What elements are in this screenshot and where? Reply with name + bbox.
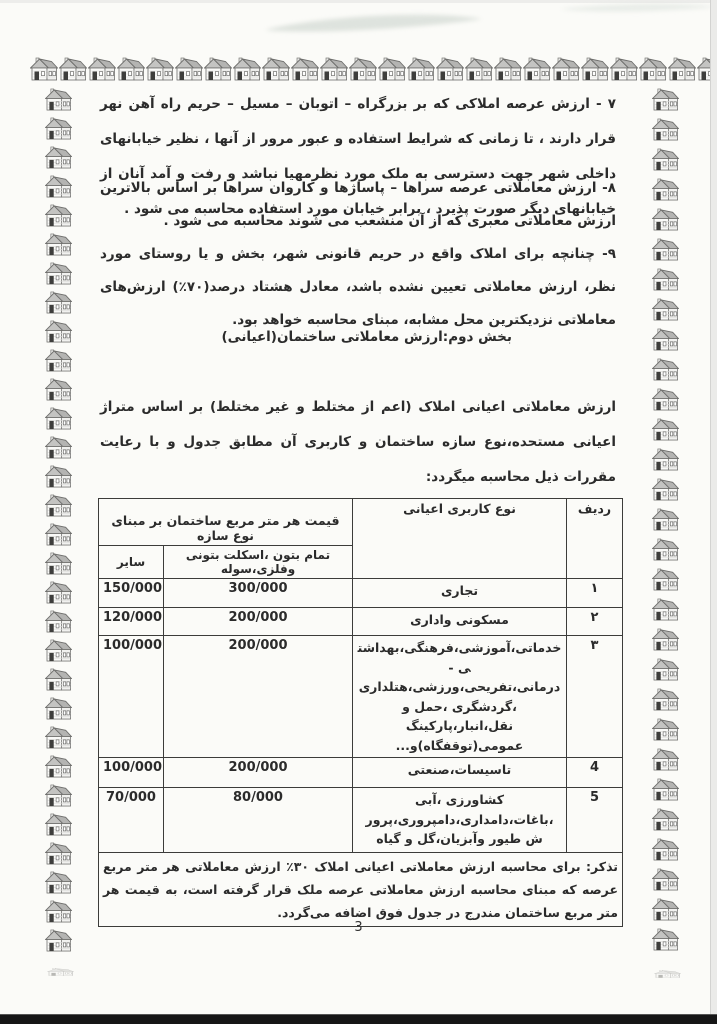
scanned-page: ۷ - ارزش عرصه املاکی که بر بزرگراه – اتو…: [0, 0, 717, 1024]
usage-cell: خدماتی،آموزشی،فرهنگی،بهداشتی - درمانی،تف…: [353, 636, 567, 758]
house-icon: [652, 88, 679, 111]
table-header-row: ردیف نوع کاربری اعیانی قیمت هر متر مربع …: [99, 499, 623, 546]
house-icon: [652, 208, 679, 231]
other-price-cell: 120/000: [99, 608, 164, 636]
house-icon: [652, 598, 679, 621]
house-icon: [652, 148, 679, 171]
house-icon: [581, 57, 609, 81]
house-icon: [45, 726, 72, 749]
table-note-row: تذکر: برای محاسبه ارزش معاملاتی اعیانی ا…: [99, 853, 623, 927]
house-icon: [652, 868, 679, 891]
house-icon: [45, 552, 72, 575]
house-icon: [59, 57, 87, 81]
house-icon: [291, 57, 319, 81]
house-icon: [45, 88, 72, 111]
table-note: تذکر: برای محاسبه ارزش معاملاتی اعیانی ا…: [99, 853, 623, 927]
house-icon: [45, 204, 72, 227]
house-icon: [652, 388, 679, 411]
house-icon: [45, 407, 72, 430]
house-icon: [146, 57, 174, 81]
row-number: ۱: [567, 579, 623, 608]
house-border-left: [45, 88, 72, 952]
house-icon: [45, 146, 72, 169]
house-icon: [45, 436, 72, 459]
ink-bleed-smudge: [0, 0, 717, 50]
house-icon: [45, 697, 72, 720]
house-icon: [652, 478, 679, 501]
scan-bottom-edge: [0, 1014, 717, 1024]
house-icon: [652, 778, 679, 801]
house-icon: [652, 268, 679, 291]
house-icon: [30, 57, 58, 81]
house-icon: [45, 378, 72, 401]
house-icon: [652, 418, 679, 441]
valuation-table: ردیف نوع کاربری اعیانی قیمت هر متر مربع …: [98, 498, 623, 927]
house-icon: [652, 628, 679, 651]
house-icon: [652, 178, 679, 201]
house-icon: [45, 871, 72, 894]
house-icon: [117, 57, 145, 81]
house-icon: [652, 358, 679, 381]
header-price-group: قیمت هر متر مربع ساختمان بر مبنای نوع سا…: [99, 499, 353, 546]
house-icon: [45, 465, 72, 488]
table-row: 5 کشاورزی ،آبی ،باغات،دامداری،دامپروری،پ…: [99, 788, 623, 853]
scan-top-edge: [0, 0, 717, 3]
house-icon: [45, 117, 72, 140]
concrete-price-cell: 200/000: [164, 758, 353, 788]
house-icon: [45, 813, 72, 836]
usage-cell: کشاورزی ،آبی ،باغات،دامداری،دامپروری،پرو…: [353, 788, 567, 853]
house-icon: [45, 262, 72, 285]
house-icon: [436, 57, 464, 81]
house-icon-faded: [47, 968, 74, 976]
house-icon: [465, 57, 493, 81]
house-icon: [45, 755, 72, 778]
house-icon: [320, 57, 348, 81]
house-icon: [654, 970, 681, 978]
house-icon: [47, 968, 74, 976]
house-icon: [652, 298, 679, 321]
paragraph-8: ۸- ارزش معاملاتی عرصه سراها – پاساژها و …: [100, 172, 616, 238]
page-number: 3: [0, 920, 717, 935]
section-heading: بخش دوم:ارزش معاملاتی ساختمان(اعیانی): [221, 322, 512, 352]
house-icon: [552, 57, 580, 81]
concrete-price-cell: 300/000: [164, 579, 353, 608]
house-icon: [652, 508, 679, 531]
house-icon: [45, 581, 72, 604]
house-icon: [45, 494, 72, 517]
house-icon: [378, 57, 406, 81]
house-icon: [652, 838, 679, 861]
house-icon: [652, 538, 679, 561]
house-icon: [652, 898, 679, 921]
house-icon: [652, 718, 679, 741]
house-icon: [652, 448, 679, 471]
house-icon: [204, 57, 232, 81]
house-icon-faded: [654, 970, 681, 978]
house-icon: [652, 808, 679, 831]
house-icon: [652, 658, 679, 681]
house-icon: [639, 57, 667, 81]
header-other: سایر: [99, 546, 164, 579]
header-concrete: تمام بتون ،اسکلت بتونی وفلزی،سوله: [164, 546, 353, 579]
house-icon: [652, 748, 679, 771]
other-price-cell: 70/000: [99, 788, 164, 853]
house-icon: [45, 349, 72, 372]
house-icon: [45, 610, 72, 633]
row-number: ۳: [567, 636, 623, 758]
house-icon: [652, 328, 679, 351]
row-number: ۲: [567, 608, 623, 636]
scan-right-edge: [710, 0, 717, 1014]
section-intro: ارزش معاملاتی اعیانی املاک (اعم از مختلط…: [100, 390, 616, 495]
house-icon: [45, 175, 72, 198]
house-border-top: [45, 57, 717, 81]
house-icon: [45, 668, 72, 691]
header-row-number: ردیف: [567, 499, 623, 579]
house-icon: [45, 842, 72, 865]
house-icon: [175, 57, 203, 81]
table-row: ۱ تجاری 300/000 150/000: [99, 579, 623, 608]
header-usage-type: نوع کاربری اعیانی: [353, 499, 567, 579]
house-icon: [45, 291, 72, 314]
concrete-price-cell: 200/000: [164, 636, 353, 758]
table-row: ۳ خدماتی،آموزشی،فرهنگی،بهداشتی - درمانی،…: [99, 636, 623, 758]
house-icon: [407, 57, 435, 81]
house-icon: [668, 57, 696, 81]
row-number: 5: [567, 788, 623, 853]
other-price-cell: 100/000: [99, 758, 164, 788]
house-icon: [349, 57, 377, 81]
house-icon: [45, 784, 72, 807]
usage-cell: تجاری: [353, 579, 567, 608]
house-icon: [652, 118, 679, 141]
other-price-cell: 150/000: [99, 579, 164, 608]
table-row: ۲ مسکونی واداری 200/000 120/000: [99, 608, 623, 636]
house-icon: [652, 688, 679, 711]
table-row: 4 تاسیسات،صنعتی 200/000 100/000: [99, 758, 623, 788]
house-icon: [494, 57, 522, 81]
house-icon: [45, 639, 72, 662]
house-icon: [88, 57, 116, 81]
house-icon: [45, 320, 72, 343]
usage-cell: تاسیسات،صنعتی: [353, 758, 567, 788]
house-icon: [45, 233, 72, 256]
concrete-price-cell: 80/000: [164, 788, 353, 853]
house-icon: [262, 57, 290, 81]
house-icon: [652, 568, 679, 591]
house-icon: [652, 238, 679, 261]
concrete-price-cell: 200/000: [164, 608, 353, 636]
row-number: 4: [567, 758, 623, 788]
usage-cell: مسکونی واداری: [353, 608, 567, 636]
house-icon: [610, 57, 638, 81]
house-border-right: [652, 88, 679, 951]
house-icon: [233, 57, 261, 81]
house-icon: [523, 57, 551, 81]
other-price-cell: 100/000: [99, 636, 164, 758]
house-icon: [45, 523, 72, 546]
